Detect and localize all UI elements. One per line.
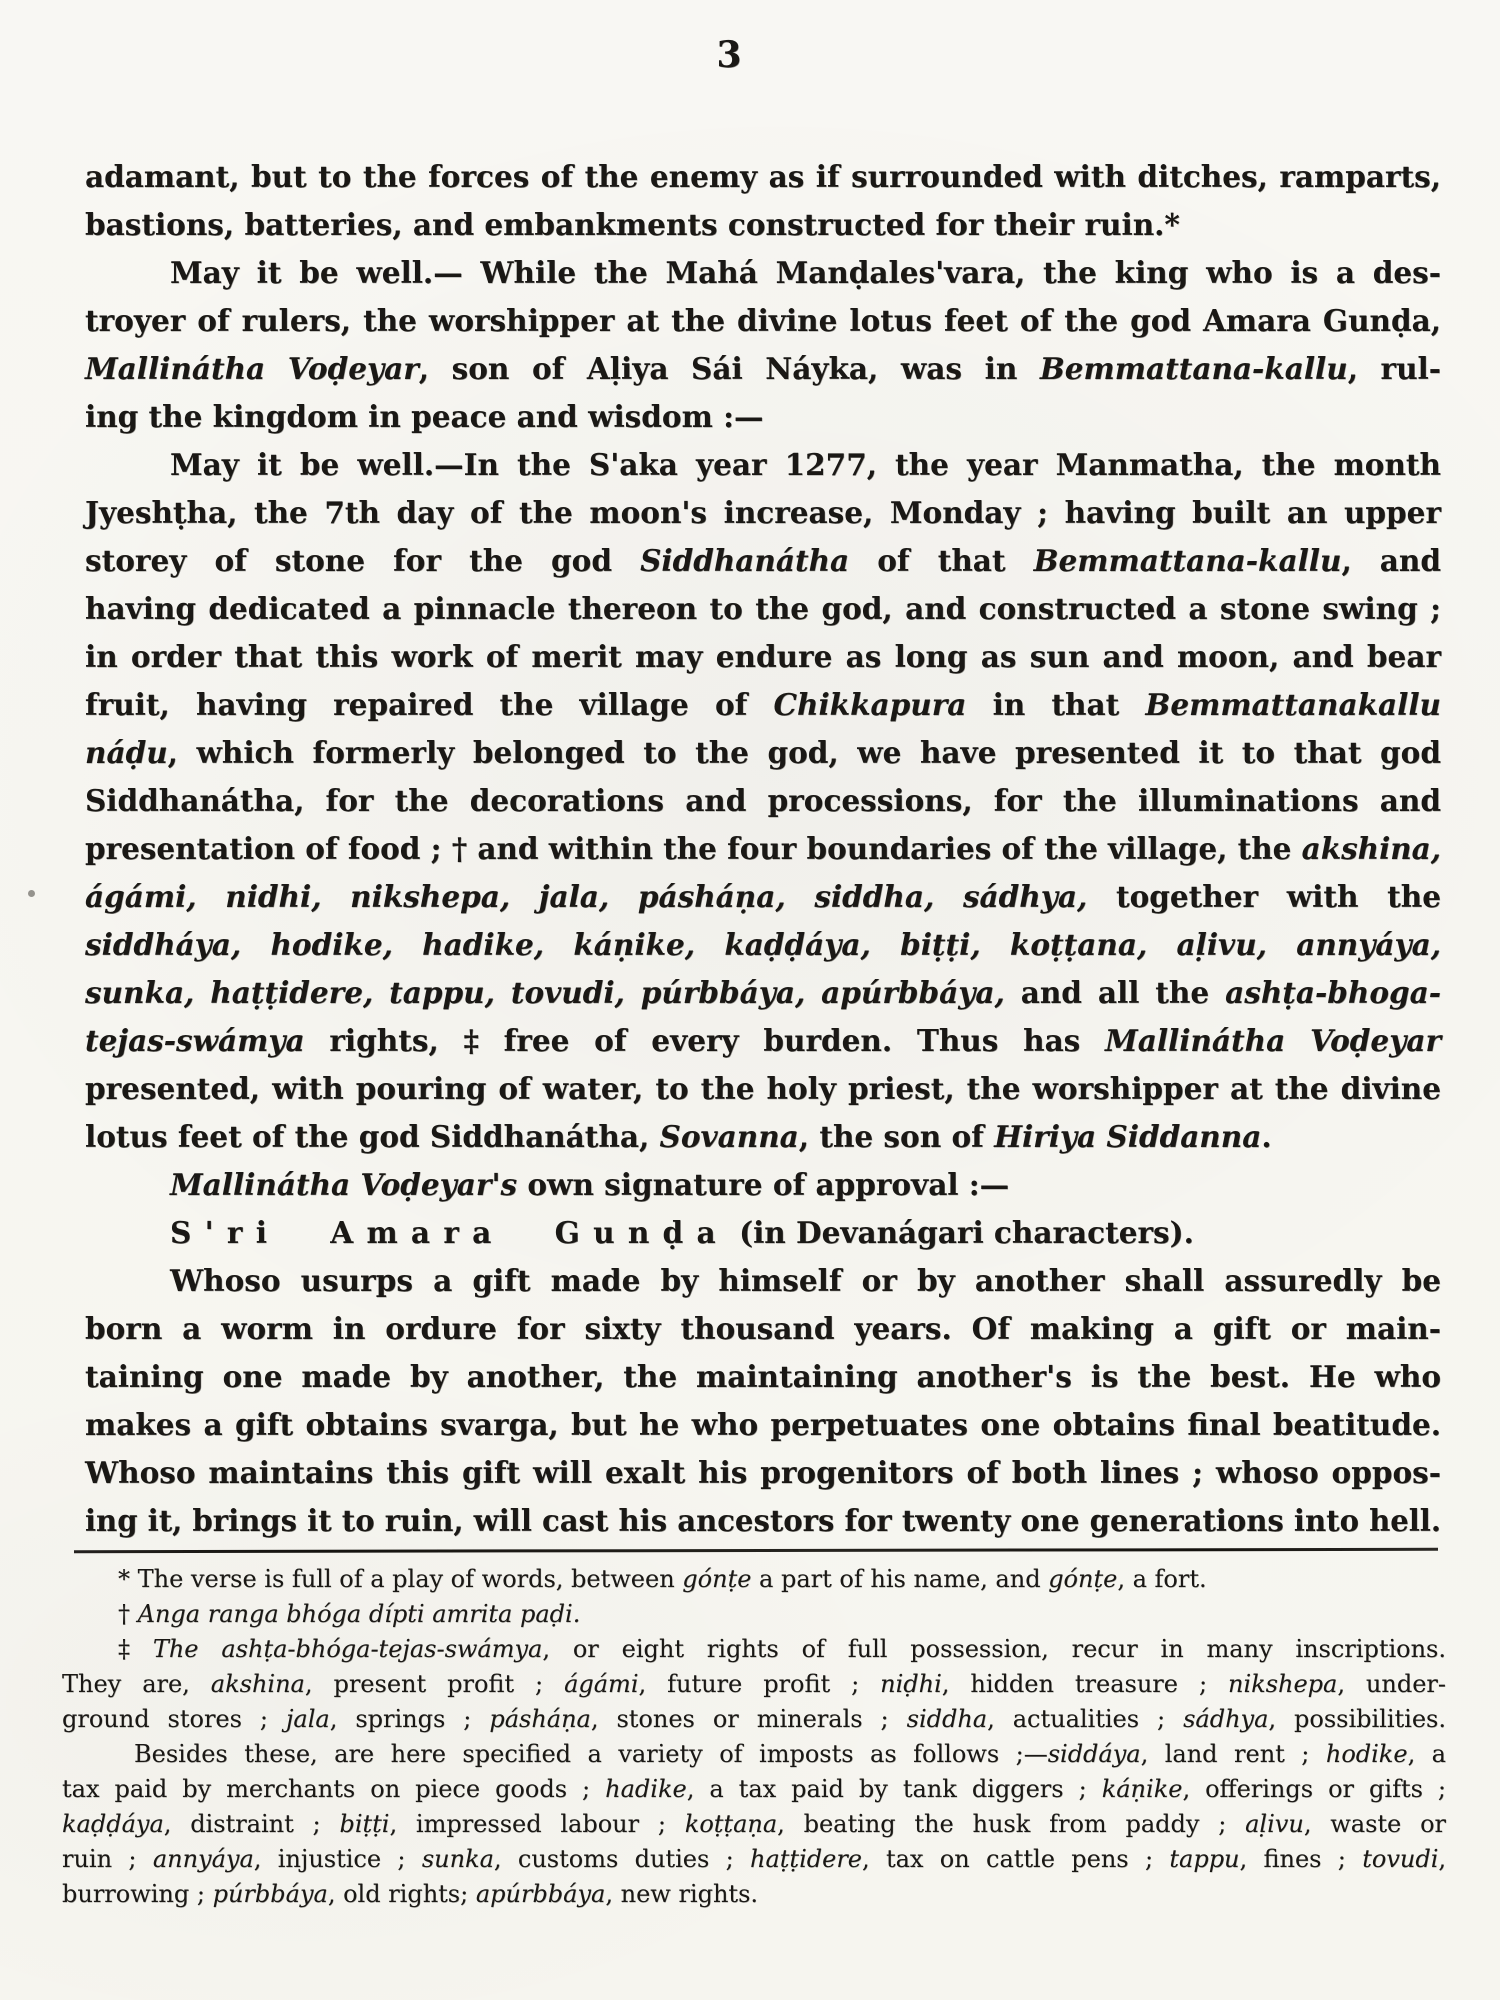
text-line: kaḍḍáya, distraint ; biṭṭi, impressed la… <box>62 1807 1446 1842</box>
text-line: Siddhanátha, for the decorations and pro… <box>85 777 1441 825</box>
text-line: ruin ; annyáya, injustice ; sunka, custo… <box>62 1842 1446 1877</box>
footnote-dagger: † Anga ranga bhóga dípti amrita paḍi. <box>62 1597 1446 1632</box>
paragraph-signature: S'ri Amara Gunḍa (in Devanágari characte… <box>85 1209 1441 1257</box>
text-line: Jyeshṭha, the 7th day of the moon's incr… <box>85 489 1441 537</box>
text-line: náḍu, which formerly belonged to the god… <box>85 729 1441 777</box>
text-line: adamant, but to the forces of the enemy … <box>85 153 1441 201</box>
text-line: presentation of food ; † and within the … <box>85 825 1441 873</box>
paragraph-signature-intro: Mallinátha Voḍeyar's own signature of ap… <box>85 1161 1441 1209</box>
paragraph-saka-1277-grant: May it be well.—In the S'aka year 1277, … <box>85 441 1441 1161</box>
scan-speck <box>28 890 35 897</box>
page-number: 3 <box>51 34 1407 76</box>
scanned-page: 3 adamant, but to the forces of the enem… <box>0 0 1500 2000</box>
footnote-rule <box>74 1548 1438 1553</box>
text-line: * The verse is full of a play of words, … <box>62 1562 1446 1597</box>
text-line: makes a gift obtains svarga, but he who … <box>85 1401 1441 1449</box>
text-line: presented, with pouring of water, to the… <box>85 1065 1441 1113</box>
text-line: burrowing ; púrbbáya, old rights; apúrbb… <box>62 1877 1446 1912</box>
text-line: tejas-swámya rights, ‡ free of every bur… <box>85 1017 1441 1065</box>
main-text-block: adamant, but to the forces of the enemy … <box>85 153 1441 1545</box>
text-line: ágámi, nidhi, nikshepa, jala, pásháṇa, s… <box>85 873 1441 921</box>
text-line: May it be well.—In the S'aka year 1277, … <box>85 441 1441 489</box>
text-line: † Anga ranga bhóga dípti amrita paḍi. <box>62 1597 1446 1632</box>
text-line: May it be well.— While the Mahá Manḍales… <box>85 249 1441 297</box>
text-line: bastions, batteries, and embankments con… <box>85 201 1441 249</box>
footnote-double-dagger: ‡ The ashṭa-bhóga-tejas-swámya, or eight… <box>62 1632 1446 1737</box>
text-line: taining one made by another, the maintai… <box>85 1353 1441 1401</box>
text-line: ing it, brings it to ruin, will cast his… <box>85 1497 1441 1545</box>
text-line: troyer of rulers, the worshipper at the … <box>85 297 1441 345</box>
text-line: siddháya, hodike, hadike, káṇike, kaḍḍáy… <box>85 921 1441 969</box>
footnote-star: * The verse is full of a play of words, … <box>62 1562 1446 1597</box>
text-line: Mallinátha Voḍeyar's own signature of ap… <box>85 1161 1441 1209</box>
text-line: in order that this work of merit may end… <box>85 633 1441 681</box>
paragraph-continuation: adamant, but to the forces of the enemy … <box>85 153 1441 249</box>
footnotes-block: * The verse is full of a play of words, … <box>62 1562 1446 1912</box>
text-line: ground stores ; jala, springs ; pásháṇa,… <box>62 1702 1446 1737</box>
text-line: Mallinátha Voḍeyar, son of Aḷiya Sái Náy… <box>85 345 1441 393</box>
text-line: born a worm in ordure for sixty thousand… <box>85 1305 1441 1353</box>
text-line: sunka, haṭṭidere, tappu, tovudi, púrbbáy… <box>85 969 1441 1017</box>
text-line: ‡ The ashṭa-bhóga-tejas-swámya, or eight… <box>62 1632 1446 1667</box>
text-line: storey of stone for the god Siddhanátha … <box>85 537 1441 585</box>
paragraph-imprecation: Whoso usurps a gift made by himself or b… <box>85 1257 1441 1545</box>
text-line: lotus feet of the god Siddhanátha, Sovan… <box>85 1113 1441 1161</box>
text-line: fruit, having repaired the village of Ch… <box>85 681 1441 729</box>
footnote-imposts: Besides these, are here specified a vari… <box>62 1737 1446 1912</box>
text-line: They are, akshina, present profit ; ágám… <box>62 1667 1446 1702</box>
text-line: Whoso usurps a gift made by himself or b… <box>85 1257 1441 1305</box>
text-line: having dedicated a pinnacle thereon to t… <box>85 585 1441 633</box>
text-line: ing the kingdom in peace and wisdom :— <box>85 393 1441 441</box>
text-line: S'ri Amara Gunḍa (in Devanágari characte… <box>85 1209 1441 1257</box>
text-line: tax paid by merchants on piece goods ; h… <box>62 1772 1446 1807</box>
text-line: Besides these, are here specified a vari… <box>62 1737 1446 1772</box>
paragraph-maha-mandalesvara: May it be well.— While the Mahá Manḍales… <box>85 249 1441 441</box>
text-line: Whoso maintains this gift will exalt his… <box>85 1449 1441 1497</box>
